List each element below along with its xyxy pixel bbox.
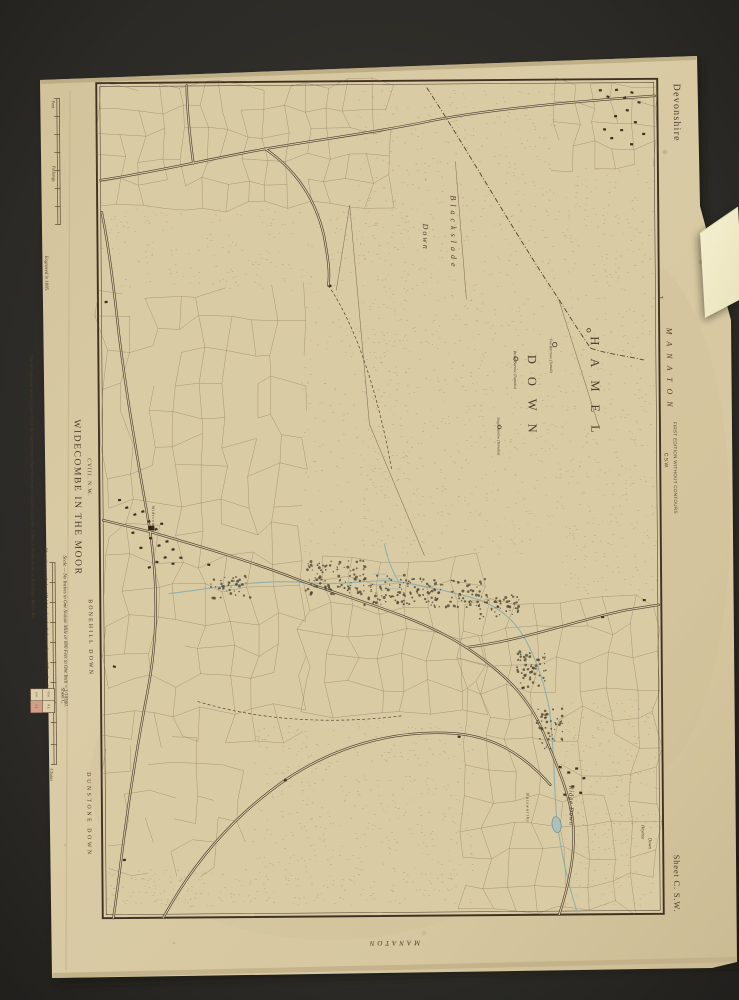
label-down-big: DOWN bbox=[525, 355, 540, 446]
adjoining-parish-bottom: MANATON bbox=[367, 939, 421, 947]
label-ridge-down: Ridge Down bbox=[567, 784, 574, 825]
pencil-mark-csw: C.S.W. bbox=[663, 453, 669, 469]
scale-feet-label: Feet bbox=[51, 101, 56, 110]
sheet-title: WIDECOMBE IN THE MOOR bbox=[71, 419, 82, 575]
map-frame bbox=[96, 79, 664, 918]
scanned-map-photo: HAMEL DOWN Blackslade Down BONEHILL DOWN… bbox=[0, 0, 739, 1000]
sheet-number: Sheet C. S.W. bbox=[672, 855, 682, 913]
map-scene-svg: HAMEL DOWN Blackslade Down BONEHILL DOWN… bbox=[0, 0, 739, 1000]
label-blackslade: Blackslade bbox=[449, 195, 459, 270]
label-natsworthy: Natsworthy bbox=[525, 792, 530, 823]
index-cell-ne: N.E. bbox=[47, 704, 51, 710]
index-cell-sw: S.W. bbox=[34, 692, 38, 698]
sheet-reference: CVIII. N.W. bbox=[86, 458, 92, 496]
label-heytree-down: Down bbox=[648, 837, 653, 850]
label-hamel: HAMEL bbox=[588, 336, 603, 446]
label-blackslade-down: Down bbox=[421, 223, 430, 251]
label-widecombe: Widecombe bbox=[151, 506, 156, 532]
label-heytree: Heytree bbox=[641, 824, 646, 839]
index-cell-nw: N.W. bbox=[46, 691, 50, 698]
label-single-barrow: Single Barrow (Tumulus) bbox=[496, 417, 500, 456]
label-two-barrows: Two Barrows (Tumuli) bbox=[549, 339, 553, 374]
edition-stamp: FIRST EDITION WITHOUT CONTOURS bbox=[672, 422, 678, 514]
label-bonehill-down: BONEHILL DOWN bbox=[87, 599, 94, 676]
adjoining-parish-top: MANATON bbox=[665, 327, 675, 414]
printed-map: HAMEL DOWN Blackslade Down BONEHILL DOWN… bbox=[26, 76, 689, 950]
index-cell-se: S.E. bbox=[35, 704, 39, 709]
county-name: Devonshire bbox=[671, 84, 682, 142]
label-dunstone-down: DUNSTONE DOWN bbox=[85, 772, 92, 856]
label-broad-barrow: Broad Barrow (Tumulus) bbox=[513, 351, 517, 390]
index-label: Sheet C. bbox=[59, 687, 64, 704]
engraved-note: Engraved in 1885. bbox=[43, 255, 48, 292]
pencil-mark-1: 1 bbox=[656, 296, 663, 300]
scale-furlongs-label: Furlongs bbox=[51, 166, 56, 182]
scale-chains-label: Chains bbox=[49, 769, 54, 782]
